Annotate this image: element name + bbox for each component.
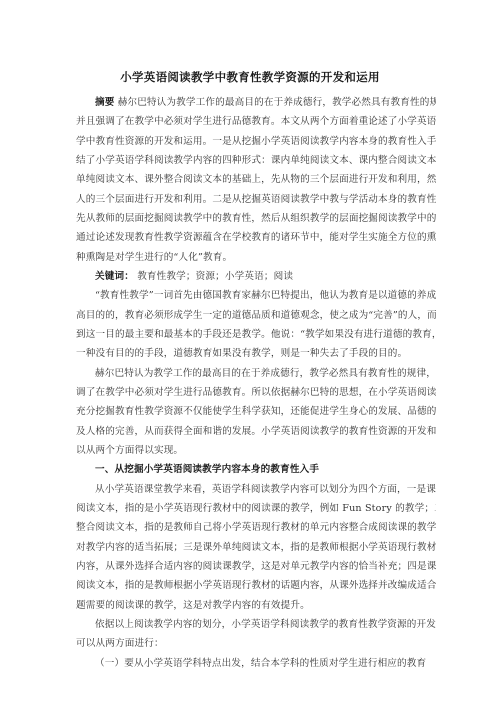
abstract-line: 先从教师的层面挖掘阅读教学中的教育性，然后从组织教学的层面挖掘阅读教学中的教育性… [76, 212, 436, 225]
paragraph-line: 一种没有目的的手段，道德教育如果没有教学，则是一种失去了手段的目的。 [76, 347, 436, 360]
abstract-line: 并且强调了在教学中必须对学生进行品德教育。本文从两个方面着重论述了小学英语阅读教 [76, 115, 436, 128]
abstract-line: 通过论述发现教育性教学资源蕴含在学校教育的诸环节中，能对学生实施全方位的熏陶，这 [76, 231, 436, 244]
keywords-line: 关键词： 教育性教学；资源；小学英语；阅读 [95, 270, 436, 283]
keywords-text: 教育性教学；资源；小学英语；阅读 [137, 271, 293, 282]
abstract-line: 单纯阅读文本、课外整合阅读文本的基础上，先从物的三个层面进行开发和利用，然后再从 [76, 173, 436, 186]
section-heading: 一、从挖掘小学英语阅读教学内容本身的教育性入手 [95, 463, 436, 476]
paragraph-line: 阅读文本，指的是小学英语现行教材中的阅读课的教学，例如 Fun Story 的教… [76, 502, 436, 515]
abstract-line: 结了小学英语学科阅读教学内容的四种形式：课内单纯阅读文本、课内整合阅读文本、课外 [76, 154, 436, 167]
paragraph-line: 调了在教学中必须对学生进行品德教育。所以依据赫尔巴特的思想，在小学英语阅读教学中 [76, 386, 436, 399]
abstract-line: 学中教育性资源的开发和运用。一是从挖掘小学英语阅读教学内容本身的教育性入手，在总 [76, 135, 436, 148]
abstract-text: 赫尔巴特认为教学工作的最高目的在于养成德行，教学必然具有教育性的规律， [118, 97, 436, 108]
paragraph-line: 以从两个方面得以实现。 [76, 444, 436, 457]
abstract-line: 摘要 赫尔巴特认为教学工作的最高目的在于养成德行，教学必然具有教育性的规律， [95, 96, 436, 109]
abstract-label: 摘要 [95, 97, 115, 108]
paragraph-line: 可以从两方面进行： [76, 637, 436, 650]
abstract-line: 人的三个层面进行开发和利用。二是从挖掘英语阅读教学中教与学活动本身的教育性着眼， [76, 193, 436, 206]
paragraph-line: 从小学英语课堂教学来看，英语学科阅读教学内容可以划分为四个方面，一是课内单纯 [95, 483, 436, 496]
paragraph-line: 高目的的，教育必须形成学生一定的道德品质和道德观念，使之成为“完善”的人，而要达 [76, 309, 436, 322]
paragraph-line: 到这一目的最主要和最基本的手段还是教学。他说：“教学如果没有进行道德的教育，只是 [76, 328, 436, 341]
paragraph-line: 对教学内容的适当拓展；三是课外单纯阅读文本，指的是教师根据小学英语现行教材的单元 [76, 541, 436, 554]
paragraph-line: 依据以上阅读教学内容的划分，小学英语学科阅读教学的教育性教学资源的开发和运用 [95, 618, 436, 631]
document-page: 小学英语阅读教学中教育性教学资源的开发和运用 摘要 赫尔巴特认为教学工作的最高目… [0, 0, 500, 707]
paragraph-line: 题需要的阅读课的教学，这是对教学内容的有效提升。 [76, 599, 436, 612]
keywords-label: 关键词： [95, 271, 134, 282]
paragraph-line: 阅读文本，指的是教师根据小学英语现行教材的话题内容，从课外选择并改编成适合自己话 [76, 579, 436, 592]
paragraph-line: 赫尔巴特认为教学工作的最高目的在于养成德行，教学必然具有教育性的规律，并且强 [95, 367, 436, 380]
subsection-heading: （一）要从小学英语学科特点出发，结合本学科的性质对学生进行相应的教育 [95, 657, 436, 670]
abstract-line: 种熏陶是对学生进行的“人化”教育。 [76, 251, 436, 264]
document-title: 小学英语阅读教学中教育性教学资源的开发和运用 [0, 69, 500, 85]
paragraph-line: 充分挖掘教育性教学资源不仅能使学生科学获知，还能促进学生身心的发展、品德的形成以 [76, 405, 436, 418]
paragraph-line: 整合阅读文本，指的是教师自己将小学英语现行教材的单元内容整合成阅读课的教学，这是 [76, 521, 436, 534]
paragraph-line: “教育性教学”一词首先由德国教育家赫尔巴特提出，他认为教育是以道德的养成为最 [95, 289, 436, 302]
paragraph-line: 内容，从课外选择合适内容的阅读课教学，这是对单元教学内容的恰当补充；四是课外整合 [76, 560, 436, 573]
paragraph-line: 及人格的完善，从而获得全面和谐的发展。小学英语阅读教学的教育性资源的开发和运用可 [76, 425, 436, 438]
